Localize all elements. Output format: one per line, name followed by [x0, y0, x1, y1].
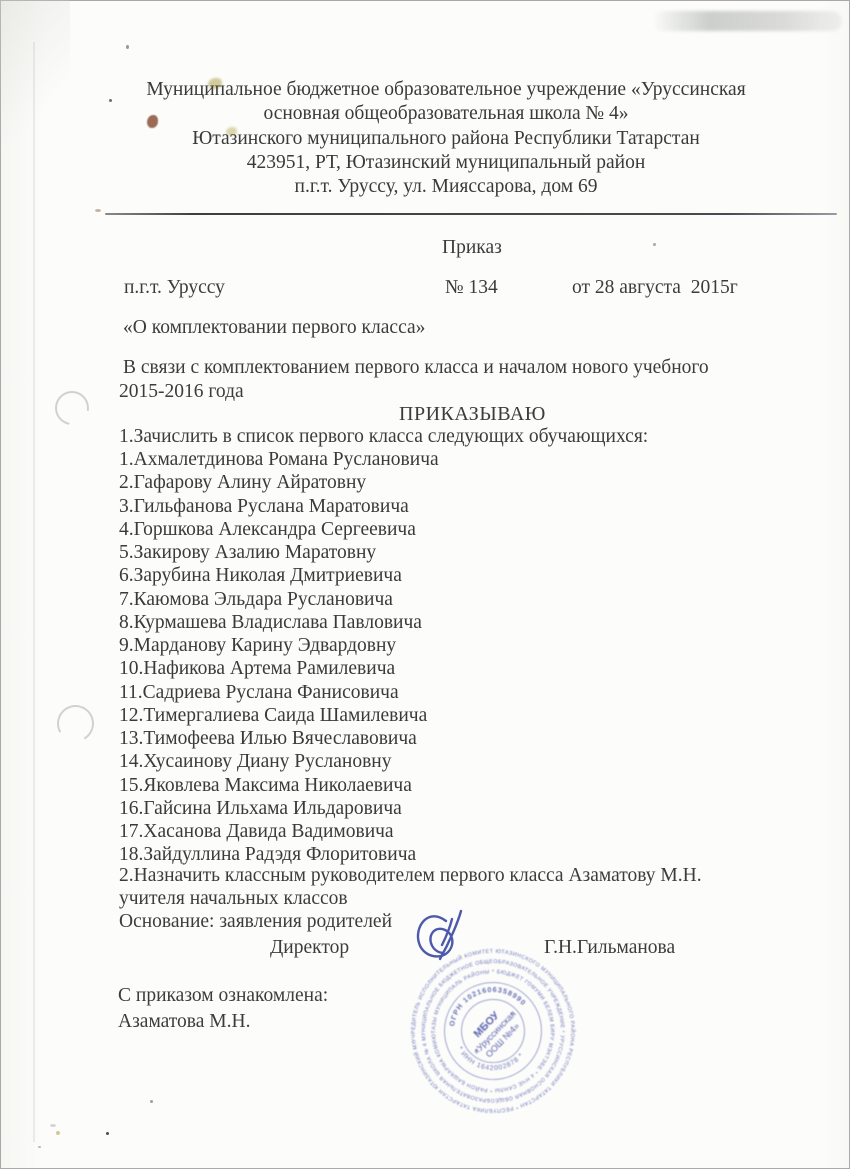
student-list-item: 15.Яковлева Максима Николаевича: [119, 774, 439, 797]
letterhead-line: Ютазинского муниципального района Респуб…: [66, 127, 826, 151]
student-list-item: 1.Ахмалетдинова Романа Руслановича: [119, 448, 439, 471]
dust-speck: [106, 1132, 109, 1135]
dust-speck: [56, 1131, 60, 1135]
student-list-item: 6.Зарубина Николая Дмитриевича: [119, 564, 439, 587]
order-item-2: 2.Назначить классным руководителем перво…: [119, 864, 702, 887]
dust-speck: [50, 1124, 56, 1127]
letterhead-line: 423951, РТ, Ютазинский муниципальный рай…: [66, 151, 826, 175]
director-label: Директор: [270, 936, 349, 959]
dust-speck: [38, 1146, 41, 1148]
order-number: № 134: [445, 276, 498, 299]
student-list-item: 14.Хусаинову Диану Руслановну: [119, 750, 439, 773]
student-list-item: 3.Гильфанова Руслана Маратовича: [119, 495, 439, 518]
dust-speck: [653, 243, 656, 246]
student-list-item: 17.Хасанова Давида Вадимовича: [119, 820, 439, 843]
letterhead-line: Муниципальное бюджетное образовательное …: [66, 78, 826, 102]
acknowledgement-name: Азаматова М.Н.: [118, 1010, 250, 1033]
order-title: Приказ: [442, 236, 502, 259]
order-place: п.г.т. Уруссу: [124, 276, 225, 299]
student-list-item: 7.Каюмова Эльдара Руслановича: [119, 588, 439, 611]
student-list-item: 13.Тимофеева Илью Вячеславовича: [119, 727, 439, 750]
scanned-order-document: Муниципальное бюджетное образовательное …: [0, 0, 850, 1169]
preamble-line: В связи с комплектованием первого класса…: [123, 356, 709, 379]
dust-speck: [95, 209, 101, 212]
scan-smudge: [652, 11, 842, 31]
hole-punch-mark: [48, 384, 95, 431]
student-list-item: 2.Гафарову Алину Айратовну: [119, 471, 439, 494]
student-list-item: 4.Горшкова Александра Сергеевича: [119, 518, 439, 541]
order-item-2-cont: учителя начальных классов: [119, 887, 348, 910]
student-list-item: 12.Тимергалиева Саида Шамилевича: [119, 704, 439, 727]
student-list-item: 18.Зайдуллина Радэдя Флоритовича: [119, 843, 439, 866]
student-list-item: 5.Закирову Азалию Маратовну: [119, 541, 439, 564]
preamble-line: 2015-2016 года: [119, 380, 244, 403]
hole-punch-mark: [53, 701, 98, 746]
scan-corner-shade: [0, 0, 70, 190]
order-date: от 28 августа 2015г: [572, 276, 738, 299]
dust-speck: [150, 1100, 153, 1103]
basis-line: Основание: заявления родителей: [119, 910, 392, 933]
letterhead-line: п.г.т. Уруссу, ул. Мияссарова, дом 69: [66, 175, 826, 199]
dust-speck: [126, 45, 129, 49]
student-list-item: 8.Курмашева Владислава Павловича: [119, 611, 439, 634]
student-list-item: 9.Марданову Карину Эдвардовну: [119, 634, 439, 657]
letterhead-line: основная общеобразовательная школа № 4»: [66, 102, 826, 126]
resolution-word: ПРИКАЗЫВАЮ: [399, 403, 546, 426]
student-list: 1.Ахмалетдинова Романа Руслановича2.Гафа…: [119, 448, 439, 867]
student-list-item: 10.Нафикова Артема Рамилевича: [119, 657, 439, 680]
letterhead-divider: [105, 213, 837, 215]
student-list-item: 11.Садриева Руслана Фанисовича: [119, 681, 439, 704]
acknowledgement-line: С приказом ознакомлена:: [118, 984, 328, 1007]
scan-fold-line: [33, 42, 35, 1142]
official-stamp: УЧРЕДИТЕЛЬ ИСПОЛНИТЕЛЬНЫЙ КОМИТЕТ ЮТАЗИН…: [397, 935, 589, 1127]
letterhead: Муниципальное бюджетное образовательное …: [66, 78, 826, 199]
student-list-item: 16.Гайсина Ильхама Ильдаровича: [119, 797, 439, 820]
order-item-1: 1.Зачислить в список первого класса след…: [119, 425, 648, 448]
order-subject: «О комплектовании первого класса»: [123, 316, 425, 339]
